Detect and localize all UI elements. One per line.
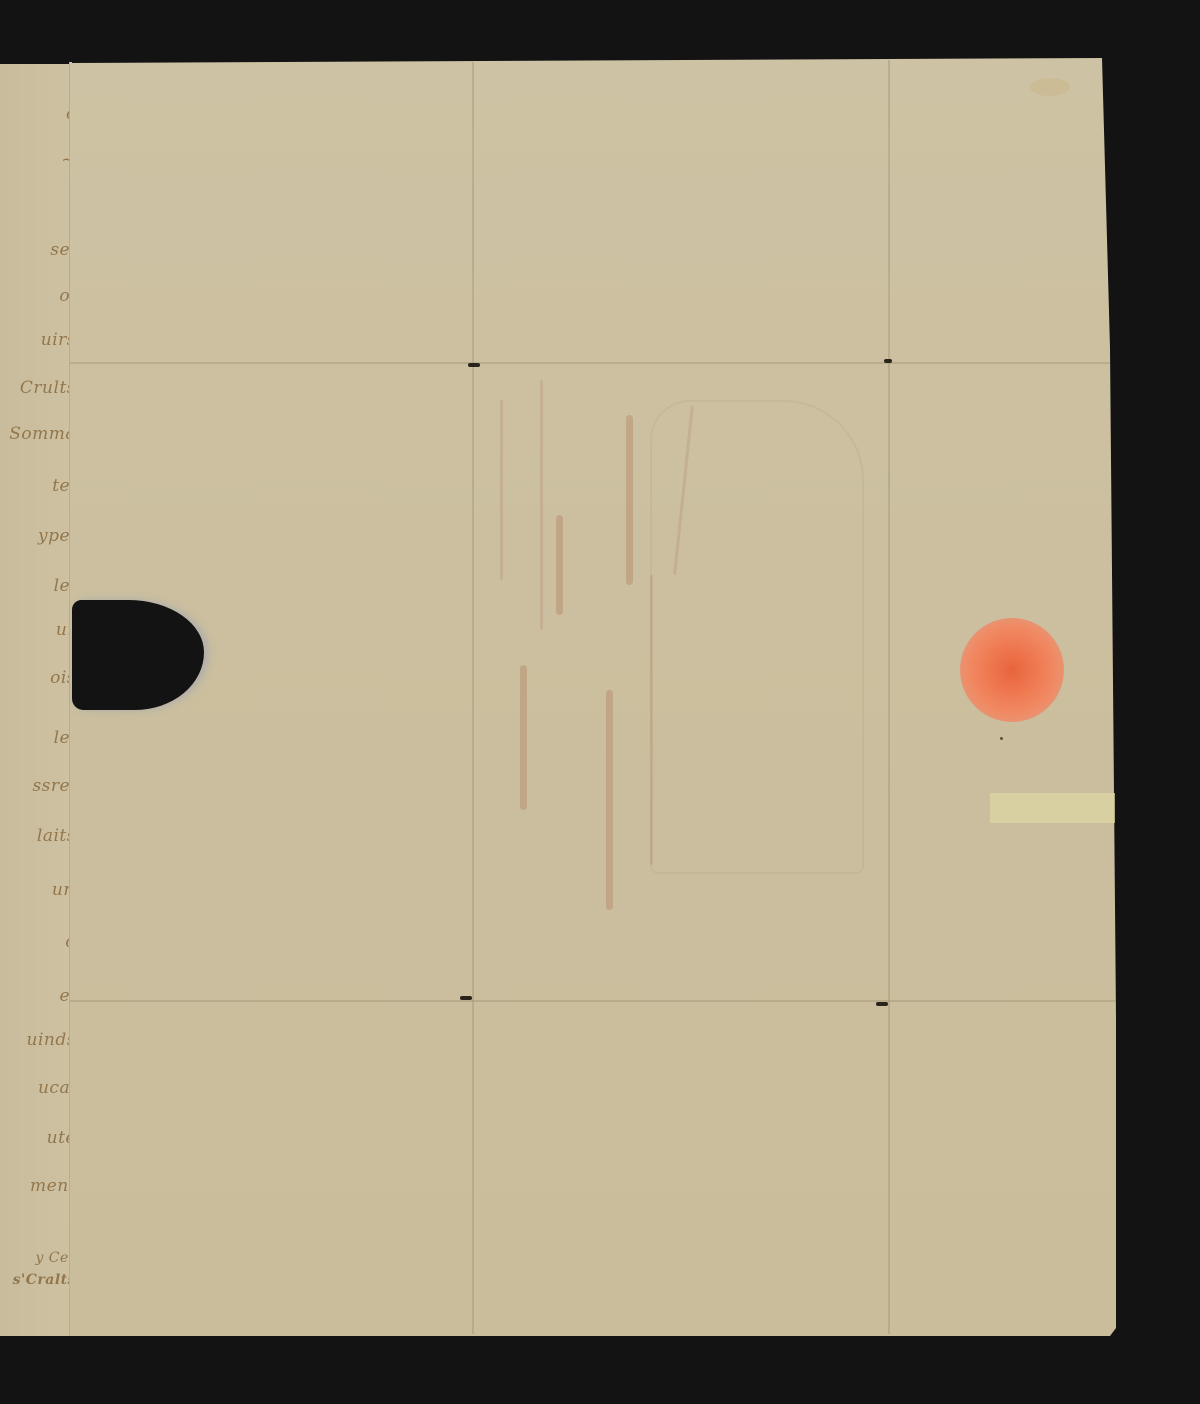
handwritten-fragment: oi (0, 286, 70, 306)
handwritten-fragment: Crults (0, 378, 70, 398)
fold-nick (468, 363, 480, 367)
handwritten-fragment: Somma (0, 424, 70, 444)
horizontal-fold (70, 362, 1110, 364)
handwritten-fragment: ur (0, 620, 70, 640)
tape-strip (990, 793, 1115, 823)
vertical-fold (472, 62, 474, 1334)
handwritten-fragment: ute (0, 1128, 70, 1148)
handwritten-fragment: uinds (0, 1030, 70, 1050)
handwritten-fragment: laits (0, 826, 70, 846)
vertical-fold (888, 60, 890, 1334)
handwritten-fragment: ~ (0, 150, 70, 170)
handwritten-fragment: uca. (0, 1078, 70, 1098)
wax-seal (960, 618, 1064, 722)
bleed-through-stroke (520, 665, 527, 810)
handwritten-fragment: - (0, 192, 70, 212)
handwritten-fragment: se, (0, 240, 70, 260)
paper-stain (1030, 78, 1070, 96)
bleed-through-stroke (606, 690, 613, 910)
handwritten-fragment: ssre. (0, 776, 70, 796)
bleed-through-stroke (540, 380, 543, 630)
handwritten-fragment: ois (0, 668, 70, 688)
handwritten-fragment: e. (0, 986, 70, 1006)
horizontal-fold (70, 1000, 1116, 1002)
letter-sheet (70, 58, 1116, 1336)
bleed-through-stroke (626, 415, 633, 585)
bleed-through-stroke (556, 515, 563, 615)
handwritten-fragment: ype. (0, 526, 70, 546)
handwritten-fragment: s'Cralts (0, 1272, 70, 1288)
bleed-through-outline (650, 400, 864, 874)
left-page-handwriting: c ~ - se, oi uirs Crults Somma te. ype. … (0, 64, 70, 1336)
handwritten-fragment: y Cer (0, 1250, 70, 1266)
fold-nick (884, 359, 892, 363)
handwritten-fragment: o (0, 932, 70, 952)
handwritten-fragment: le. (0, 576, 70, 596)
document-photo: c ~ - se, oi uirs Crults Somma te. ype. … (0, 0, 1200, 1404)
ink-speck (1000, 737, 1003, 740)
handwritten-fragment: te. (0, 476, 70, 496)
fold-nick (876, 1002, 888, 1006)
handwritten-fragment: uirs (0, 330, 70, 350)
bleed-through-stroke (650, 575, 653, 865)
fold-nick (460, 996, 472, 1000)
handwritten-fragment: ment (0, 1176, 70, 1196)
handwritten-fragment: ur. (0, 880, 70, 900)
handwritten-fragment: c (0, 104, 70, 124)
bleed-through-stroke (500, 400, 503, 580)
handwritten-fragment: le. (0, 728, 70, 748)
